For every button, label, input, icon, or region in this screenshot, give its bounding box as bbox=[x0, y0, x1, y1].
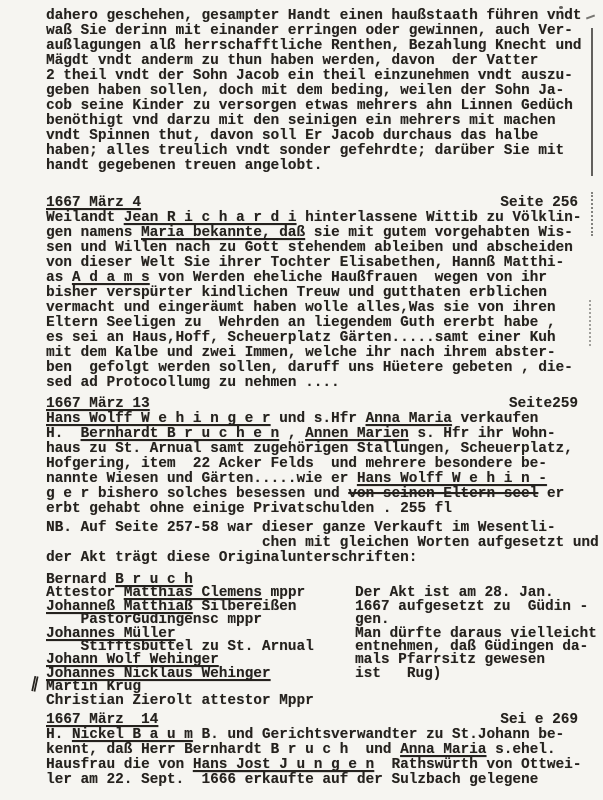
text-line: sed ad Protocollumg zu nehmen .... bbox=[46, 376, 592, 391]
text-line: ben gefolgt werden sollen, daruff uns Hü… bbox=[46, 361, 592, 376]
text-segment: dahero geschehen, gesampter Handt einen … bbox=[46, 8, 581, 24]
text-line: bisher verspürter kindlichen Treuw und g… bbox=[46, 286, 592, 301]
marginal-note: ist Rug) bbox=[355, 668, 592, 681]
text-segment: sie mit gutem vorgehabten Wis- bbox=[305, 225, 573, 241]
text-line: Eltern Seeligen zu Wehrden an liegendem … bbox=[46, 316, 592, 331]
text-segment: Mägdt vndt anderm zu thun haben werden, … bbox=[46, 53, 538, 69]
text-segment: H. bbox=[46, 426, 81, 442]
text-segment: erbt gehabt ohne einige Privatschulden .… bbox=[46, 501, 452, 517]
text-line: vndt Spinnen thut, davon soll Er Jacob d… bbox=[46, 129, 592, 144]
text-line: sen und Willen nach zu Gott stehendem ab… bbox=[46, 241, 592, 256]
text-segment: 2 theil vndt der Sohn Jacob ein theil ei… bbox=[46, 68, 573, 84]
text-segment: sen und Willen nach zu Gott stehendem ab… bbox=[46, 240, 573, 256]
text-segment: Eltern Seeligen zu Wehrden an liegendem … bbox=[46, 315, 556, 331]
overlined-text: 1666 erkaufte auf bbox=[201, 772, 348, 788]
text-line: ler am 22. Sept. 1666 erkaufte auf der S… bbox=[46, 773, 592, 788]
struck-text: von seinen Eltern seel bbox=[348, 486, 538, 502]
entry-date: 1667 März 4 bbox=[46, 196, 141, 211]
nb-note: NB. Auf Seite 257-58 war dieser ganze Ve… bbox=[46, 521, 592, 566]
text-line: es sei an Haus,Hoff, Scheuerplatz Gärten… bbox=[46, 331, 592, 346]
text-segment: vndt Spinnen thut, davon soll Er Jacob d… bbox=[46, 128, 538, 144]
signature-row: Christian Zierolt attestor Mppr bbox=[46, 695, 592, 708]
text-line: Hans Wolff W e h i n g e r und s.Hfr Ann… bbox=[46, 412, 592, 427]
entry-date: 1667 März 13 bbox=[46, 397, 150, 412]
text-line: haben; alles treulich vndt sonder gefehr… bbox=[46, 144, 592, 159]
text-line: außlagungen alß herrschafftliche Renthen… bbox=[46, 39, 592, 54]
text-segment: , bbox=[279, 426, 305, 442]
text-line: Weilandt Jean R i c h a r d i hinterlass… bbox=[46, 211, 592, 226]
text-segment: ist Rug) bbox=[355, 666, 441, 682]
marginal-note bbox=[355, 681, 592, 694]
entry-header: 1667 März 14Sei e 269 bbox=[46, 713, 592, 728]
text-segment: haben; alles treulich vndt sonder gefehr… bbox=[46, 143, 564, 159]
text-segment: der Sulzbach gelegene bbox=[348, 772, 538, 788]
text-segment: waß Sie derinn mit einander erringen ode… bbox=[46, 23, 573, 39]
underlined-name: Anna Maria bbox=[400, 742, 486, 758]
underlined-name: Hans Wolff W e h i n - bbox=[357, 471, 547, 487]
text-segment: Rathswürth von Ottwei- bbox=[374, 757, 581, 773]
text-segment: benöthigt vnd darzu mit den seinigen ein… bbox=[46, 113, 556, 129]
entry-date: 1667 März 14 bbox=[46, 713, 158, 728]
text-line: nannte Wiesen und Gärten.....wie er Hans… bbox=[46, 472, 592, 487]
text-segment: es sei an Haus,Hoff, Scheuerplatz Gärten… bbox=[46, 330, 556, 346]
entry-page-ref: Seite 256 bbox=[500, 196, 592, 211]
text-line: H. Nickel B a u m B. und Gerichtsverwand… bbox=[46, 728, 592, 743]
underlined-name: Nickel B a u m bbox=[72, 727, 193, 743]
text-segment: Weilandt bbox=[46, 210, 124, 226]
text-segment: kennt, daß Herr Bernhardt B r u c h und bbox=[46, 742, 400, 758]
signature-block: Bernard B r u c hAttestor Matthias Cleme… bbox=[46, 574, 592, 708]
text-line: as A d a m s von Werden eheliche Haußfra… bbox=[46, 271, 592, 286]
text-segment: B. und Gerichtsverwandter zu St.Johann b… bbox=[193, 727, 564, 743]
entry-page-ref: Seite259 bbox=[509, 397, 592, 412]
text-line: gen namens Maria bekannte, daß sie mit g… bbox=[46, 226, 592, 241]
text-line: H. Bernhardt B r u c h e n , Annen Marie… bbox=[46, 427, 592, 442]
handwritten-margin-mark: ∥ bbox=[30, 678, 40, 693]
text-segment: er bbox=[538, 486, 564, 502]
text-line: Mägdt vndt anderm zu thun haben werden, … bbox=[46, 54, 592, 69]
underlined-name: Jean R i c h a r d i bbox=[124, 210, 297, 226]
text-segment: s. Hfr ihr Wohn- bbox=[409, 426, 556, 442]
document-page: dahero geschehen, gesampter Handt einen … bbox=[0, 0, 603, 800]
text-line: kennt, daß Herr Bernhardt B r u c h und … bbox=[46, 743, 592, 758]
underlined-name: Anna Maria bbox=[366, 411, 452, 427]
text-segment: haus zu St. Arnual samt zugehörigen Stal… bbox=[46, 441, 573, 457]
text-segment: chen mit gleichen Worten aufgesetzt und bbox=[46, 535, 599, 551]
text-line: NB. Auf Seite 257-58 war dieser ganze Ve… bbox=[46, 521, 592, 536]
text-segment: gen namens bbox=[46, 225, 141, 241]
text-segment: ben gefolgt werden sollen, daruff uns Hü… bbox=[46, 360, 573, 376]
text-line: cob seine Kinder zu versorgen etwas mehr… bbox=[46, 99, 592, 114]
text-segment: und s.Hfr bbox=[271, 411, 366, 427]
entry-1667-maerz-13: 1667 März 13Seite259Hans Wolff W e h i n… bbox=[46, 397, 592, 517]
text-segment: sed ad Protocollumg zu nehmen .... bbox=[46, 375, 340, 391]
underlined-name: Bernhardt B r u c h e n bbox=[81, 426, 280, 442]
text-segment: cob seine Kinder zu versorgen etwas mehr… bbox=[46, 98, 573, 114]
text-line: dahero geschehen, gesampter Handt einen … bbox=[46, 9, 592, 24]
text-line: der Akt trägt diese Originalunterschrift… bbox=[46, 551, 592, 566]
text-line: g e r bishero solches besessen und von s… bbox=[46, 487, 592, 502]
text-segment: handt gegebenen treuen angelobt. bbox=[46, 158, 322, 174]
text-segment: geben haben sollen, doch mit dem beding,… bbox=[46, 83, 564, 99]
text-line: waß Sie derinn mit einander erringen ode… bbox=[46, 24, 592, 39]
text-line: von dieser Welt Sie ihrer Tochter Elisab… bbox=[46, 256, 592, 271]
underlined-name: Maria bekannte, daß bbox=[141, 225, 305, 241]
text-segment: Hofgering, item 22 Acker Felds und mehre… bbox=[46, 456, 547, 472]
text-segment: NB. Auf Seite 257-58 war dieser ganze Ve… bbox=[46, 520, 556, 536]
text-segment: as bbox=[46, 270, 72, 286]
entry-1667-maerz-14: 1667 März 14Sei e 269H. Nickel B a u m B… bbox=[46, 713, 592, 788]
text-line: Hausfrau die von Hans Jost J u n g e n R… bbox=[46, 758, 592, 773]
text-segment: nannte Wiesen und Gärten.....wie er bbox=[46, 471, 357, 487]
text-line: mit dem Kalbe und zwei Immen, welche ihr… bbox=[46, 346, 592, 361]
text-line: chen mit gleichen Worten aufgesetzt und bbox=[46, 536, 592, 551]
text-segment: hinterlassene Wittib zu Völklin- bbox=[296, 210, 581, 226]
text-line: Hofgering, item 22 Acker Felds und mehre… bbox=[46, 457, 592, 472]
underlined-name: Annen Marien bbox=[305, 426, 409, 442]
marginal-note bbox=[355, 695, 592, 708]
text-segment: der Akt trägt diese Originalunterschrift… bbox=[46, 550, 417, 566]
text-line: handt gegebenen treuen angelobt. bbox=[46, 159, 592, 174]
text-line: haus zu St. Arnual samt zugehörigen Stal… bbox=[46, 442, 592, 457]
text-segment: g e r bishero solches besessen und bbox=[46, 486, 348, 502]
text-segment: bisher verspürter kindlichen Treuw und g… bbox=[46, 285, 547, 301]
intro-paragraph: dahero geschehen, gesampter Handt einen … bbox=[46, 9, 592, 174]
text-line: vermacht und eingeräumt haben wolle alle… bbox=[46, 301, 592, 316]
text-segment: verkaufen bbox=[452, 411, 538, 427]
text-segment: Hausfrau die von bbox=[46, 757, 193, 773]
text-line: erbt gehabt ohne einige Privatschulden .… bbox=[46, 502, 592, 517]
text-segment: H. bbox=[46, 727, 72, 743]
entry-page-ref: Sei e 269 bbox=[500, 713, 592, 728]
text-segment: außlagungen alß herrschafftliche Renthen… bbox=[46, 38, 581, 54]
text-segment: von Werden eheliche Haußfrauen wegen von… bbox=[150, 270, 547, 286]
marginal-note: 1667 aufgesetzt zu Güdin - bbox=[355, 601, 592, 614]
text-line: benöthigt vnd darzu mit den seinigen ein… bbox=[46, 114, 592, 129]
text-segment: ler am 22. Sept. bbox=[46, 772, 201, 788]
scanned-typescript-page: { "page": { "bg": "#f6f5f1", "ink": "#25… bbox=[0, 0, 603, 800]
entry-header: 1667 März 4Seite 256 bbox=[46, 196, 592, 211]
text-line: geben haben sollen, doch mit dem beding,… bbox=[46, 84, 592, 99]
text-segment: von dieser Welt Sie ihrer Tochter Elisab… bbox=[46, 255, 564, 271]
entry-header: 1667 März 13Seite259 bbox=[46, 397, 592, 412]
entry-1667-maerz-4: 1667 März 4Seite 256Weilandt Jean R i c … bbox=[46, 196, 592, 391]
text-segment: vermacht und eingeräumt haben wolle alle… bbox=[46, 300, 556, 316]
underlined-name: Hans Wolff W e h i n g e r bbox=[46, 411, 271, 427]
underlined-name: A d a m s bbox=[72, 270, 150, 286]
text-line: 2 theil vndt der Sohn Jacob ein theil ei… bbox=[46, 69, 592, 84]
signature-name: Christian Zierolt attestor Mppr bbox=[46, 695, 355, 708]
underlined-name: Hans Jost J u n g e n bbox=[193, 757, 374, 773]
text-segment: mit dem Kalbe und zwei Immen, welche ihr… bbox=[46, 345, 556, 361]
text-segment: Christian Zierolt attestor Mppr bbox=[46, 693, 314, 709]
text-segment: s.ehel. bbox=[486, 742, 555, 758]
